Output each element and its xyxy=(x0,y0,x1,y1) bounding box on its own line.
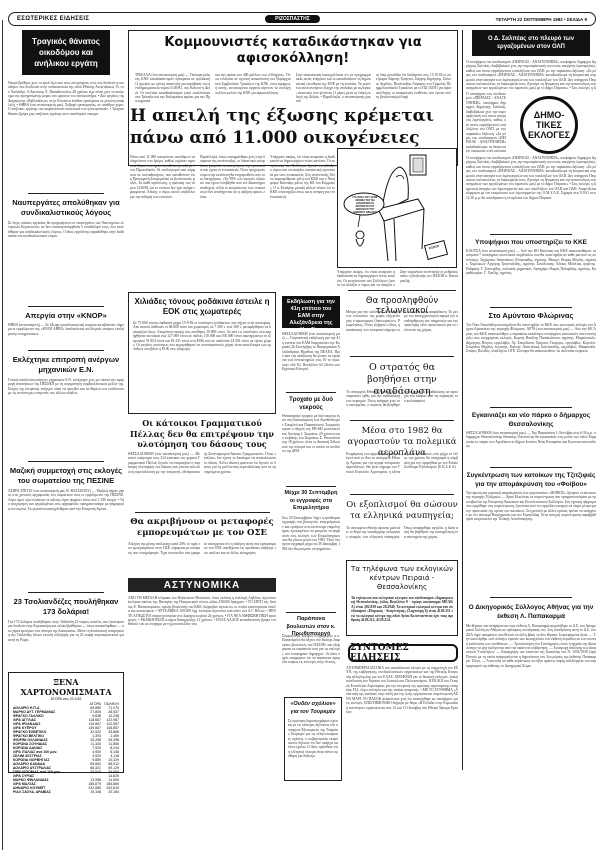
tragic-death-headline: Τραγικός θάνατος οικοδόμου και ανήλικου … xyxy=(22,30,110,75)
olp-headline: Ο Δ. Σαλπέας στο πλευρό των εργαζομένων … xyxy=(472,30,590,56)
divider xyxy=(286,392,336,393)
crash-headline: Τροχαίο με δυό νεκρούς xyxy=(282,396,340,412)
top-headline: Κομμουνιστές καταδικάστηκαν για αφισοκόλ… xyxy=(135,35,451,67)
customs-body: Μέτρα για την καλύτερη λειτουργία των τε… xyxy=(346,310,458,350)
crash-body: Θανατηφόρο τροχαίο με δυό νεκρούς έγινε … xyxy=(282,414,340,482)
phones-body: Τα τηλέφωνα του εκλογικού κέντρου του συ… xyxy=(351,596,453,640)
peaches-headline: Χιλιάδες τόνους ροδάκινα έστειλε η ΕΟΚ σ… xyxy=(133,297,271,317)
currency-table: ΑΓΟΡΑ ΠΩΛΗΣΗ ΔΟΛΑΡΙΟ Η.Π.Α.69,88971,070Μ… xyxy=(13,702,119,794)
main-story-col-1: Πάνω από 11.000 οικογένειες οικοδόμων να… xyxy=(130,155,195,287)
chambers-body: Στις 30 Σεπτεμβρίου λήγει η προθεσμία εγ… xyxy=(282,516,340,608)
cartoon: ΓΙΑ ΠΟΙΑ ΣΟΥ ΛΕΝΕ ΑΚΟΜΗ ΤΟΥ ΝΑ ΔΙΑΚΟΣΙΩΝ… xyxy=(337,148,457,268)
divider xyxy=(490,307,572,308)
olp-intro: Ο υποψήφιος του συνδυασμού «ΠΕΙΡΑΙΑΣ - Α… xyxy=(466,60,596,90)
column-rule xyxy=(462,30,463,770)
short-news-body: ΑΝΤΙΙΜΠΕΡΙΑΛΙΣΤΙΚΑ στο εκπαιδευτικό κέντ… xyxy=(346,666,458,792)
divider xyxy=(490,407,572,408)
cartoon-side-text: Υπάρχουν ακόμη, ότι είναι αναγκαίο η δια… xyxy=(337,270,395,288)
kke-candidates-body: ΚΑΟΥΣΑ (του ανταποκριτή μας) — Από την Κ… xyxy=(466,249,596,303)
lawyers-body: Με θέματα που αναφέρονται στην έκθεση Λ.… xyxy=(466,624,596,708)
currency-subtitle: ΑΓΟΡΑ στις 22.9.82 xyxy=(13,697,119,701)
park-body: ΘΕΣΣΑΛΟΝΙΚΗ (του ανταποκριτή μας) — Την … xyxy=(466,431,596,463)
ose-headline: Θα ακριβήνουν οι μεταφορές εμπορευμάτων … xyxy=(128,517,276,539)
currency-title: ΞΕΝΑ ΧΑΡΤΟΝΟΜΙΣΜΑΤΑ xyxy=(13,677,119,697)
committee-body: Γενική συνέλευση ανέργων μηχανικών Ε.Ν. … xyxy=(8,378,124,456)
divider xyxy=(135,512,270,513)
warplanes-body: Ενημέρωση των αρμοδίων υπουργών έγινε απ… xyxy=(346,452,458,490)
knorr-headline: Απεργία στην «ΚΝΟΡ» xyxy=(8,311,124,320)
army-body: Το υπουργείο Εθνικής Άμυνας έχει αποφασί… xyxy=(346,390,458,416)
main-story-col-2: Παράλληλα, όπως επισημάνθηκε χτες στην δ… xyxy=(200,155,265,287)
section-label: ΕΣΩΤΕΡΙΚΕΣ ΕΙΔΗΣΕΙΣ xyxy=(17,16,89,22)
binding-rule xyxy=(2,20,3,850)
pella-body: ΘΕΣΣΑΛΟΝΙΚΗ (του ανταποκριτή μας) — Με κ… xyxy=(128,452,276,510)
tzitzifies-headline: Συγκέντρωση των κατοίκων της Τζιτζιφιές … xyxy=(466,471,596,489)
shipyard-headline: Ναυπεργάτες απολύθηκαν για συνδικαλιστικ… xyxy=(8,198,124,218)
cartoon-caption: Στην περιπέτεια συνέντευξη οι ρυθμίσεις … xyxy=(400,270,458,288)
divider xyxy=(28,592,104,593)
olp-story: Ο υποψήφιος του συνδυασμού «ΠΕΙΡΑΙΑΣ - Α… xyxy=(466,60,596,230)
currency-table-box: ΞΕΝΑ ΧΑΡΤΟΝΟΜΙΣΜΑΤΑ ΑΓΟΡΑ στις 22.9.82 Α… xyxy=(8,672,124,773)
shipyards-body: Το υπουργείο εθνικής άμυνας μελετάει το … xyxy=(346,526,458,552)
park-headline: Εγκαινιάζει και νέο πάρκο ο δήμαρχος Θεσ… xyxy=(466,411,596,429)
olp-body-left: Ο υποψήφιος του συνδυασμού «ΠΕΙΡΑΙΑΣ - Α… xyxy=(466,92,506,152)
tsolias-headline: 23 Τσολιανδέζες πουλήθηκαν 173 δολάρια! xyxy=(8,597,124,617)
tragic-death-body: Νεκρό βρέθηκε χτες το πρωί λίγο από τους… xyxy=(8,81,124,187)
turkey-headline: «Ουδέν σχόλιον» για τον Τουρκμέν xyxy=(288,701,338,716)
pella-headline: Οι κάτοικοι Γραμματικού Πέλλας δεν θα επ… xyxy=(128,418,276,450)
chambers-headline: Μέχρι 30 Σεπτέμβρη οι εγγραφές στα Επιμε… xyxy=(282,490,340,513)
shipyard-body: Σε λίγες στάσεις εργασίας θα προχωρήσουν… xyxy=(8,221,124,301)
police-banner: ΑΣΤΥΝΟΜΙΚΑ xyxy=(128,578,276,592)
kke-candidates-headline: Υποψήφιοι που υποστηρίζει το ΚΚΕ xyxy=(466,238,596,247)
cartoon-speech-bubble: ΓΙΑ ΠΟΙΑ ΣΟΥ ΛΕΝΕ ΑΚΟΜΗ ΤΟΥ ΝΑ ΔΙΑΚΟΣΙΩΝ… xyxy=(350,196,380,214)
tsolias-body: Για 173 δολάρια πουλήθηκαν στην Ταϊλάνδη… xyxy=(8,620,124,666)
divider xyxy=(350,420,454,421)
divider xyxy=(348,290,456,291)
divider xyxy=(28,306,104,307)
divider xyxy=(28,350,104,351)
peaches-body: Σε 75.000 τόνους έφθασαν μέχρι 15-9-82 ο… xyxy=(133,321,271,413)
eam-headline: Εκδήλωση για την 41η επέτειο του ΕΑΜ στη… xyxy=(282,296,340,328)
municipal-elections-stamp: ΔΗΜΟ-ΤΙΚΕΣ ΕΚΛΟΓΕΣ xyxy=(520,96,578,154)
divider xyxy=(286,486,336,487)
divider xyxy=(350,494,454,495)
divider xyxy=(350,356,454,357)
committee-headline: Εκλέχτηκε επιτροπή ανέργων μηχανικών Ε.Ν… xyxy=(8,355,124,375)
ose-body: Αύξηση της μέσης ναύλωσης κατά 20% οι τι… xyxy=(128,542,276,574)
florina-body: Τον Νίκο Νικολαΐδη υποστηρίζουν θα υποστ… xyxy=(466,323,596,403)
peaches-box: Χιλιάδες τόνους ροδάκινα έστειλε η ΕΟΚ σ… xyxy=(128,292,276,414)
page-header: ΕΣΩΤΕΡΙΚΕΣ ΕΙΔΗΣΕΙΣ ΡΙΖΟΣΠΑΣΤΗΣ ΤΕΤΑΡΤΗ … xyxy=(8,12,596,26)
police-body: ΑΠΟ ΤΗ ΜΕΓΑΛΗ κλίμακα του Βυζαντινού Μου… xyxy=(128,596,276,730)
phones-headline: Τα τηλέφωνα των εκλογικών κέντρων Πειραι… xyxy=(351,565,453,592)
right-column: Ο Δ. Σαλπέας στο πλευρό των εργαζομένων … xyxy=(466,30,596,708)
divider xyxy=(28,193,104,194)
shipyards-headline: Οι εξοπλισμοί θα σώσουν τα ελληνικά ναυπ… xyxy=(346,500,458,522)
divider xyxy=(490,234,572,235)
date-page: ΤΕΤΑΡΤΗ 22 ΣΕΠΤΕΜΒΡΗ 1982 • ΣΕΛΙΔΑ 9 xyxy=(496,17,587,22)
florina-headline: Στο Αμύνταιο Φλώρινας xyxy=(466,311,596,320)
pesine-body: ΑΣΠΡΑ ΣΠΙΤΙΑ (του ανταποκριτή μας Θ. ΒΑΣ… xyxy=(8,489,124,587)
pesine-headline: Μαζική συμμετοχή στις εκλογές του σωματε… xyxy=(8,466,124,486)
tzitzifies-body: Την άμεση και οριστική απομάκρυνση των ε… xyxy=(466,491,596,591)
olp-body-bottom: Ο υποψήφιος του συνδυασμού «ΠΕΙΡΑΙΑΣ - Α… xyxy=(466,156,596,230)
turkey-body: Σε ερώτηση δημοσιογράφων σχετικά με τις … xyxy=(288,719,338,777)
main-story-col-3: Υπάρχουν ακόμη, ότι είναι αναγκαίο η δια… xyxy=(270,155,335,287)
main-story-columns: Πάνω από 11.000 οικογένειες οικοδόμων να… xyxy=(130,155,335,287)
short-news-banner: ΣΥΝΤΟΜΕΣ ΕΙΔΗΣΕΙΣ xyxy=(348,644,458,662)
main-headline: Η απειλή της έξωσης κρέμεται πάνω από 11… xyxy=(130,105,460,149)
lawyers-headline: Ο Δικηγορικός Σύλλογος Αθήνας για την έκ… xyxy=(466,603,596,621)
eam-body: ΘΕΣΣΑΛΟΝΙΚΗ (του ανταποκριτή μας) — Γιορ… xyxy=(282,332,340,388)
knorr-body: ΘΗΒΑ (ανταποκριτή) — Σε 24ωρη προειδοποι… xyxy=(8,323,124,345)
turkey-box: «Ουδέν σχόλιον» για τον Τουρκμέν Σε ερώτ… xyxy=(284,697,342,781)
left-column: Τραγικός θάνατος οικοδόμου και ανήλικου … xyxy=(8,30,124,850)
divider xyxy=(490,467,572,468)
pm-body: Σύμφωνα με έγκυρες πληροφορίες ο κ. Παπα… xyxy=(282,634,340,690)
phones-box: Τα τηλέφωνα των εκλογικών κέντρων Πειραι… xyxy=(346,560,458,636)
divider xyxy=(490,597,572,598)
divider xyxy=(286,612,336,613)
currency-row: ΡΙΑΛ ΣΑΟΥΔ. ΑΡΑΒΙΑΣ19,34820,154 xyxy=(13,790,119,794)
newspaper-name: ΡΙΖΟΣΠΑΣΤΗΣ xyxy=(265,15,320,23)
divider xyxy=(28,461,104,462)
